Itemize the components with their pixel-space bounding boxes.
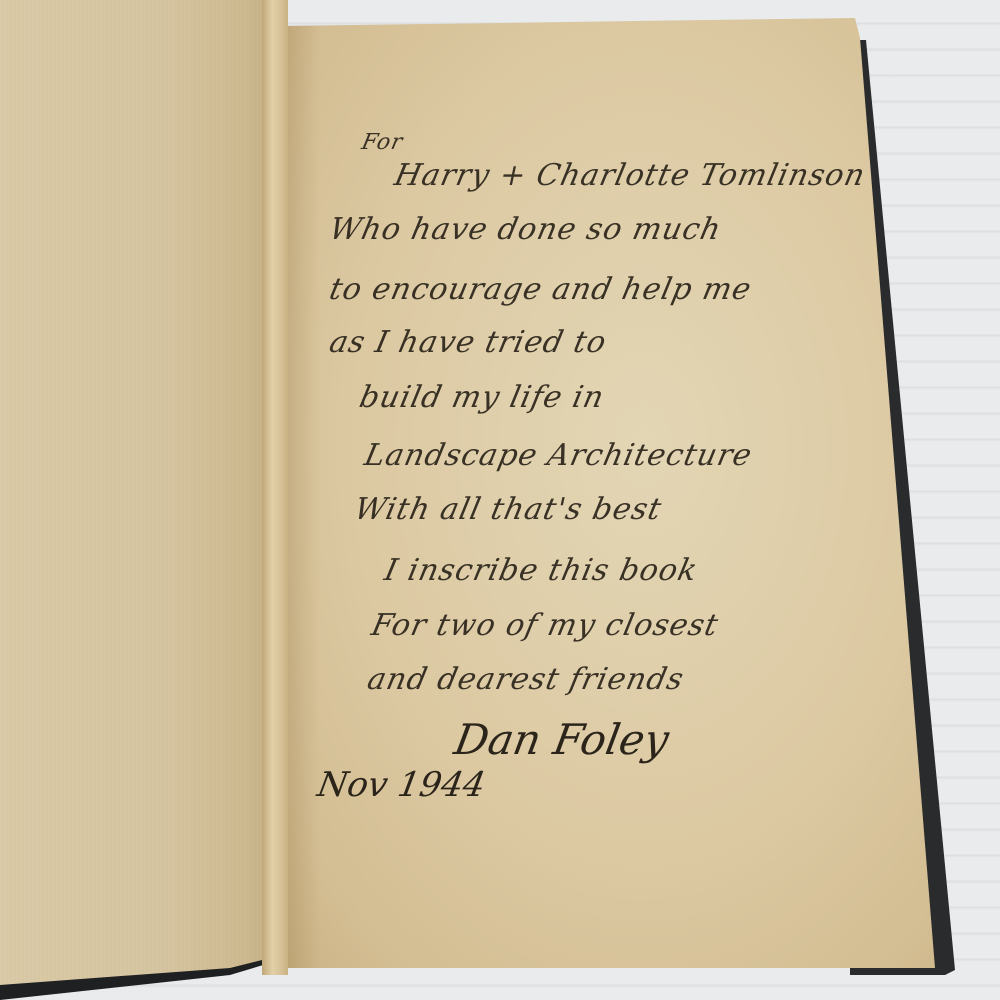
inscription-line: and dearest friends [364, 662, 687, 697]
signature: Dan Foley [451, 715, 673, 764]
inscription-line: For [359, 130, 405, 155]
inscription-line: Landscape Architecture [361, 438, 755, 473]
inscription-line: as I have tried to [326, 325, 610, 360]
handwritten-inscription: For Harry + Charlotte Tomlinson Who have… [0, 0, 1000, 1000]
inscription-line: Harry + Charlotte Tomlinson [391, 158, 868, 193]
inscription-line: With all that's best [351, 492, 665, 527]
inscription-line: build my life in [356, 380, 607, 415]
inscription-date: Nov 1944 [314, 765, 488, 805]
inscription-line: For two of my closest [368, 608, 722, 643]
inscription-line: to encourage and help me [326, 272, 755, 307]
inscription-line: Who have done so much [326, 212, 724, 247]
inscription-line: I inscribe this book [381, 553, 701, 588]
